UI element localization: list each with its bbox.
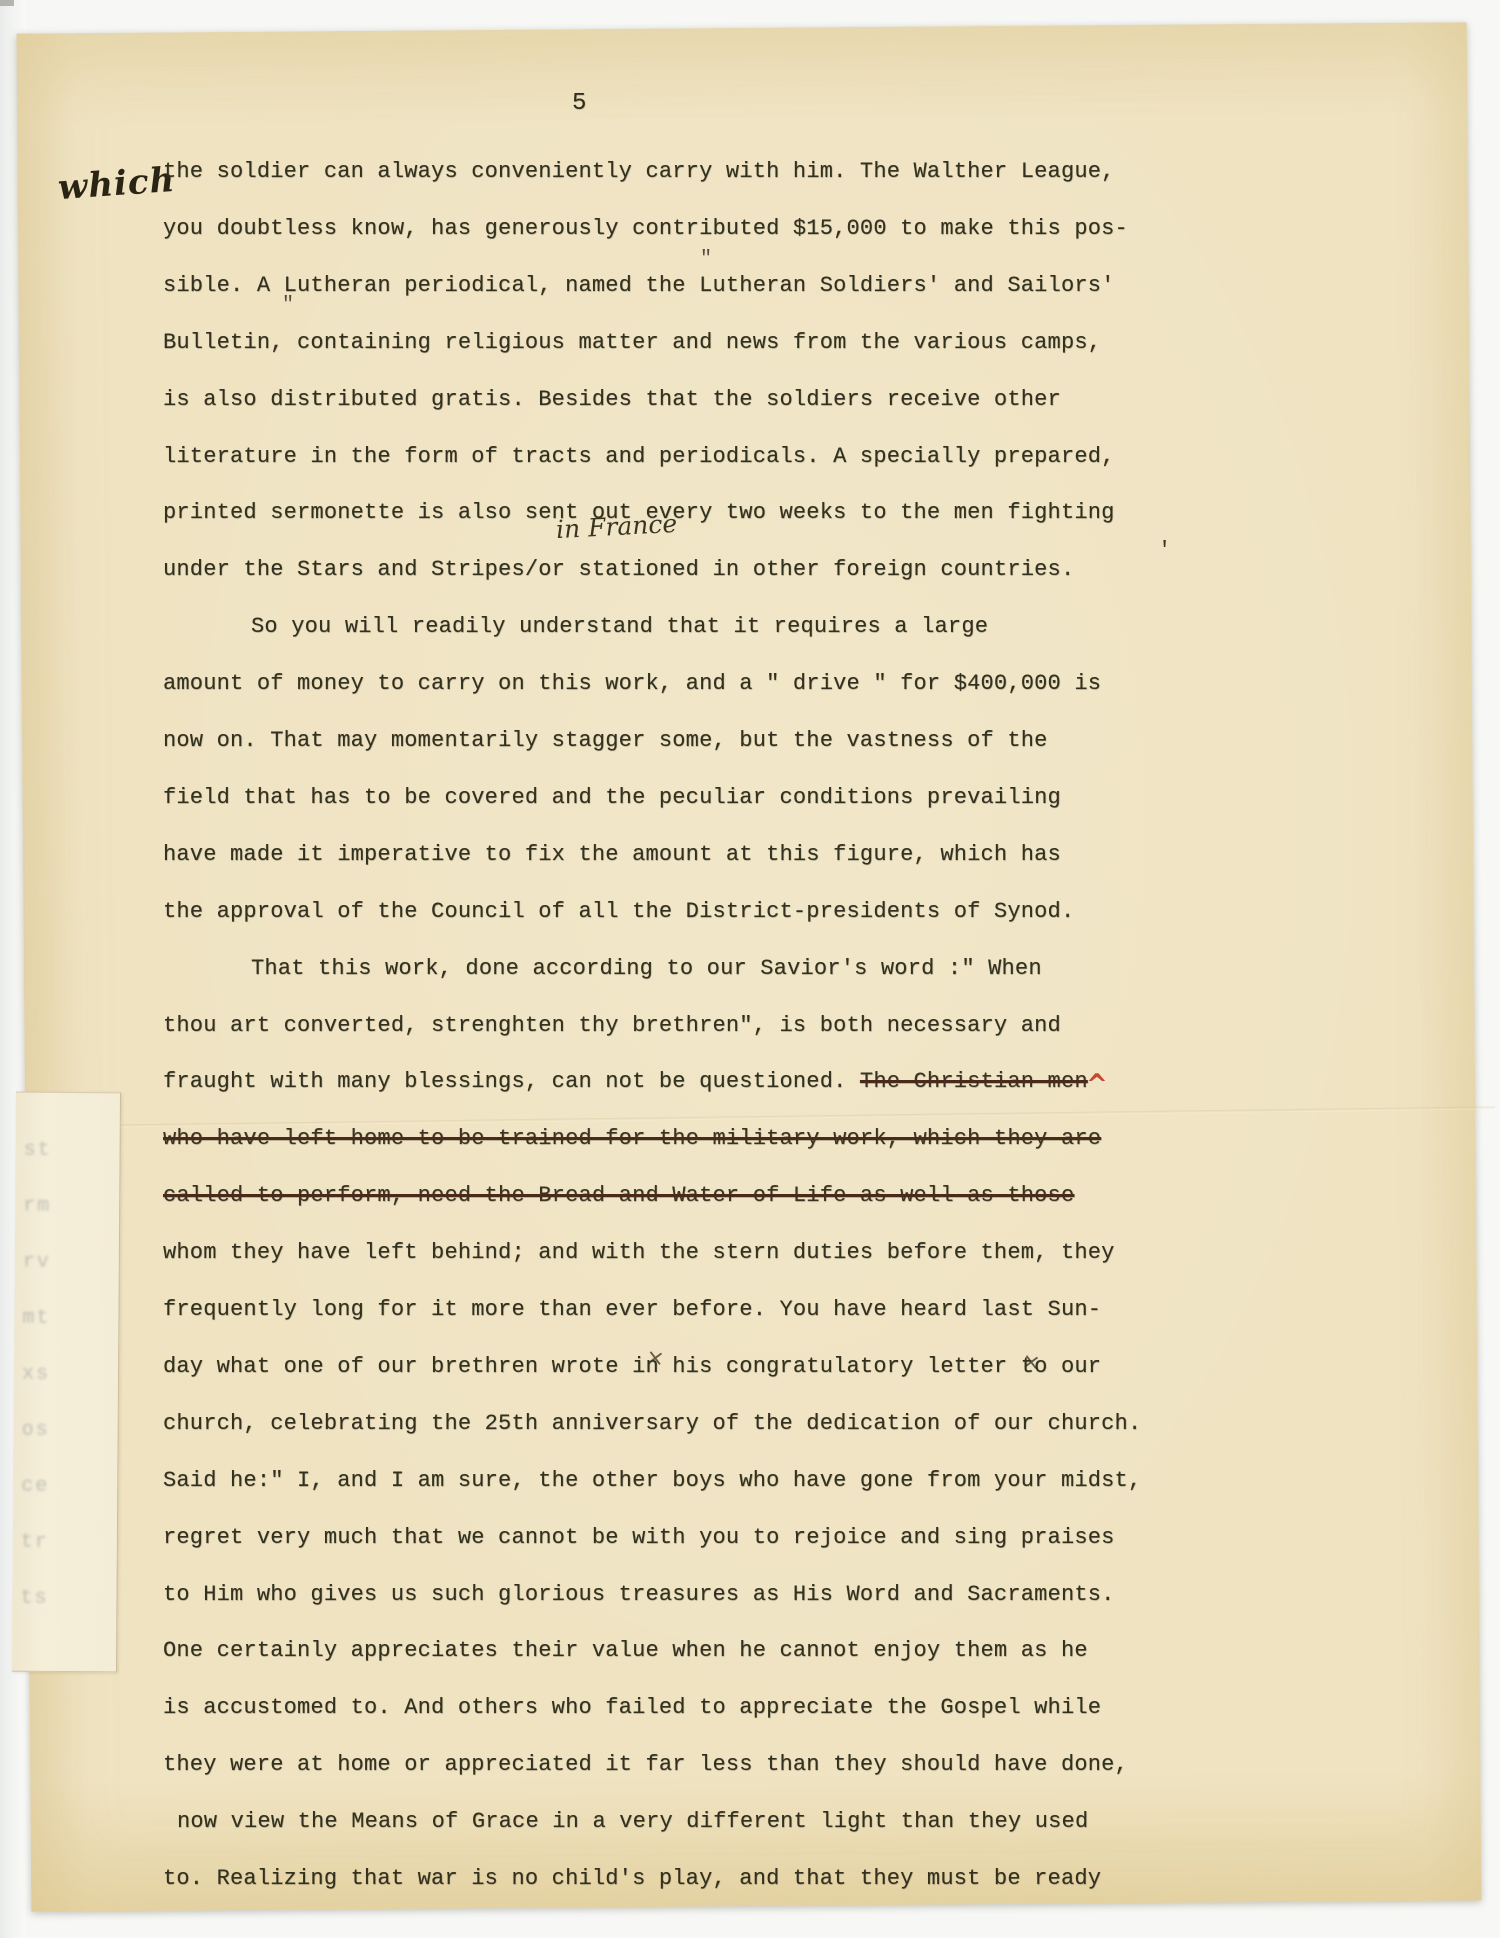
typed-line: the approval of the Council of all the D… xyxy=(163,898,1074,926)
typed-line: whom they have left behind; and with the… xyxy=(163,1239,1115,1267)
text-segment: whom they have left behind; and with the… xyxy=(163,1240,1115,1265)
text-segment: you doubtless know, has generously contr… xyxy=(163,216,1128,241)
text-segment: Bulletin, containing religious matter an… xyxy=(163,330,1101,355)
typed-line: is also distributed gratis. Besides that… xyxy=(163,386,1061,414)
typed-line: called to perform, need the Bread and Wa… xyxy=(163,1182,1074,1210)
text-segment: literature in the form of tracts and per… xyxy=(163,444,1115,469)
text-segment: fraught with many blessings, can not be … xyxy=(163,1069,860,1094)
text-segment: they were at home or appreciated it far … xyxy=(163,1752,1128,1777)
text-segment: frequently long for it more than ever be… xyxy=(163,1297,1101,1322)
text-segment: under the Stars and Stripes/or stationed… xyxy=(163,557,1074,582)
typed-line: field that has to be covered and the pec… xyxy=(163,784,1061,812)
text-segment: is accustomed to. And others who failed … xyxy=(163,1695,1101,1720)
text-segment: regret very much that we cannot be with … xyxy=(163,1525,1115,1550)
text-segment: That this work, done according to our Sa… xyxy=(251,956,1042,981)
inserted-quote-mark: " xyxy=(700,248,712,271)
typed-line: you doubtless know, has generously contr… xyxy=(163,215,1128,243)
typed-line: frequently long for it more than ever be… xyxy=(163,1296,1101,1324)
typed-line: to Him who gives us such glorious treasu… xyxy=(163,1581,1115,1609)
typed-line: literature in the form of tracts and per… xyxy=(163,443,1115,471)
typed-line: Bulletin, containing religious matter an… xyxy=(163,329,1101,357)
typed-line: have made it imperative to fix the amoun… xyxy=(163,841,1061,869)
text-segment: church, celebrating the 25th anniversary… xyxy=(163,1411,1141,1436)
typed-line: to. Realizing that war is no child's pla… xyxy=(163,1865,1101,1893)
handwritten-margin-note: which xyxy=(57,160,177,208)
typed-line: So you will readily understand that it r… xyxy=(251,613,988,641)
typed-text-layer: 5 which in France " " ' ^ × × the soldie… xyxy=(0,0,1500,1938)
text-segment: is also distributed gratis. Besides that… xyxy=(163,387,1061,412)
text-segment: So you will readily understand that it r… xyxy=(251,614,988,639)
text-segment: amount of money to carry on this work, a… xyxy=(163,671,1101,696)
typed-line: day what one of our brethren wrote in hi… xyxy=(163,1353,1101,1381)
text-segment: have made it imperative to fix the amoun… xyxy=(163,842,1061,867)
text-segment: sible. A Lutheran periodical, named the … xyxy=(163,273,1115,298)
typed-line: Said he:" I, and I am sure, the other bo… xyxy=(163,1467,1141,1495)
text-segment: the soldier can always conveniently carr… xyxy=(163,159,1115,184)
text-segment: printed sermonette is also sent out ever… xyxy=(163,500,1115,525)
text-segment: day what one of our brethren wrote in hi… xyxy=(163,1354,1101,1379)
text-segment: Said he:" I, and I am sure, the other bo… xyxy=(163,1468,1141,1493)
typed-line: One certainly appreciates their value wh… xyxy=(163,1637,1088,1665)
text-segment: field that has to be covered and the pec… xyxy=(163,785,1061,810)
typed-line: regret very much that we cannot be with … xyxy=(163,1524,1115,1552)
struck-text-segment: called to perform, need the Bread and Wa… xyxy=(163,1183,1074,1208)
typed-line: printed sermonette is also sent out ever… xyxy=(163,499,1115,527)
typed-line: is accustomed to. And others who failed … xyxy=(163,1694,1101,1722)
struck-text-segment: The Christian men xyxy=(860,1069,1088,1094)
typed-line: under the Stars and Stripes/or stationed… xyxy=(163,556,1074,584)
typed-line: who have left home to be trained for the… xyxy=(163,1125,1101,1153)
text-segment: to Him who gives us such glorious treasu… xyxy=(163,1582,1115,1607)
typed-line: thou art converted, strenghten thy breth… xyxy=(163,1012,1061,1040)
typed-line: the soldier can always conveniently carr… xyxy=(163,158,1115,186)
struck-text-segment: who have left home to be trained for the… xyxy=(163,1126,1101,1151)
text-segment: now view the Means of Grace in a very di… xyxy=(177,1809,1088,1834)
page-number: 5 xyxy=(572,90,586,117)
text-segment: thou art converted, strenghten thy breth… xyxy=(163,1013,1061,1038)
typed-line: amount of money to carry on this work, a… xyxy=(163,670,1101,698)
text-segment: the approval of the Council of all the D… xyxy=(163,899,1074,924)
typed-line: now view the Means of Grace in a very di… xyxy=(177,1808,1088,1836)
typed-line: fraught with many blessings, can not be … xyxy=(163,1068,1088,1096)
stray-apostrophe-mark: ' xyxy=(1158,538,1171,563)
typed-line: they were at home or appreciated it far … xyxy=(163,1751,1128,1779)
typed-line: now on. That may momentarily stagger som… xyxy=(163,727,1048,755)
text-segment: to. Realizing that war is no child's pla… xyxy=(163,1866,1101,1891)
typed-line: sible. A Lutheran periodical, named the … xyxy=(163,272,1115,300)
text-segment: One certainly appreciates their value wh… xyxy=(163,1638,1088,1663)
typed-line: That this work, done according to our Sa… xyxy=(251,955,1042,983)
red-proofreading-caret: ^ xyxy=(1086,1069,1108,1102)
text-segment: now on. That may momentarily stagger som… xyxy=(163,728,1048,753)
typed-line: church, celebrating the 25th anniversary… xyxy=(163,1410,1141,1438)
